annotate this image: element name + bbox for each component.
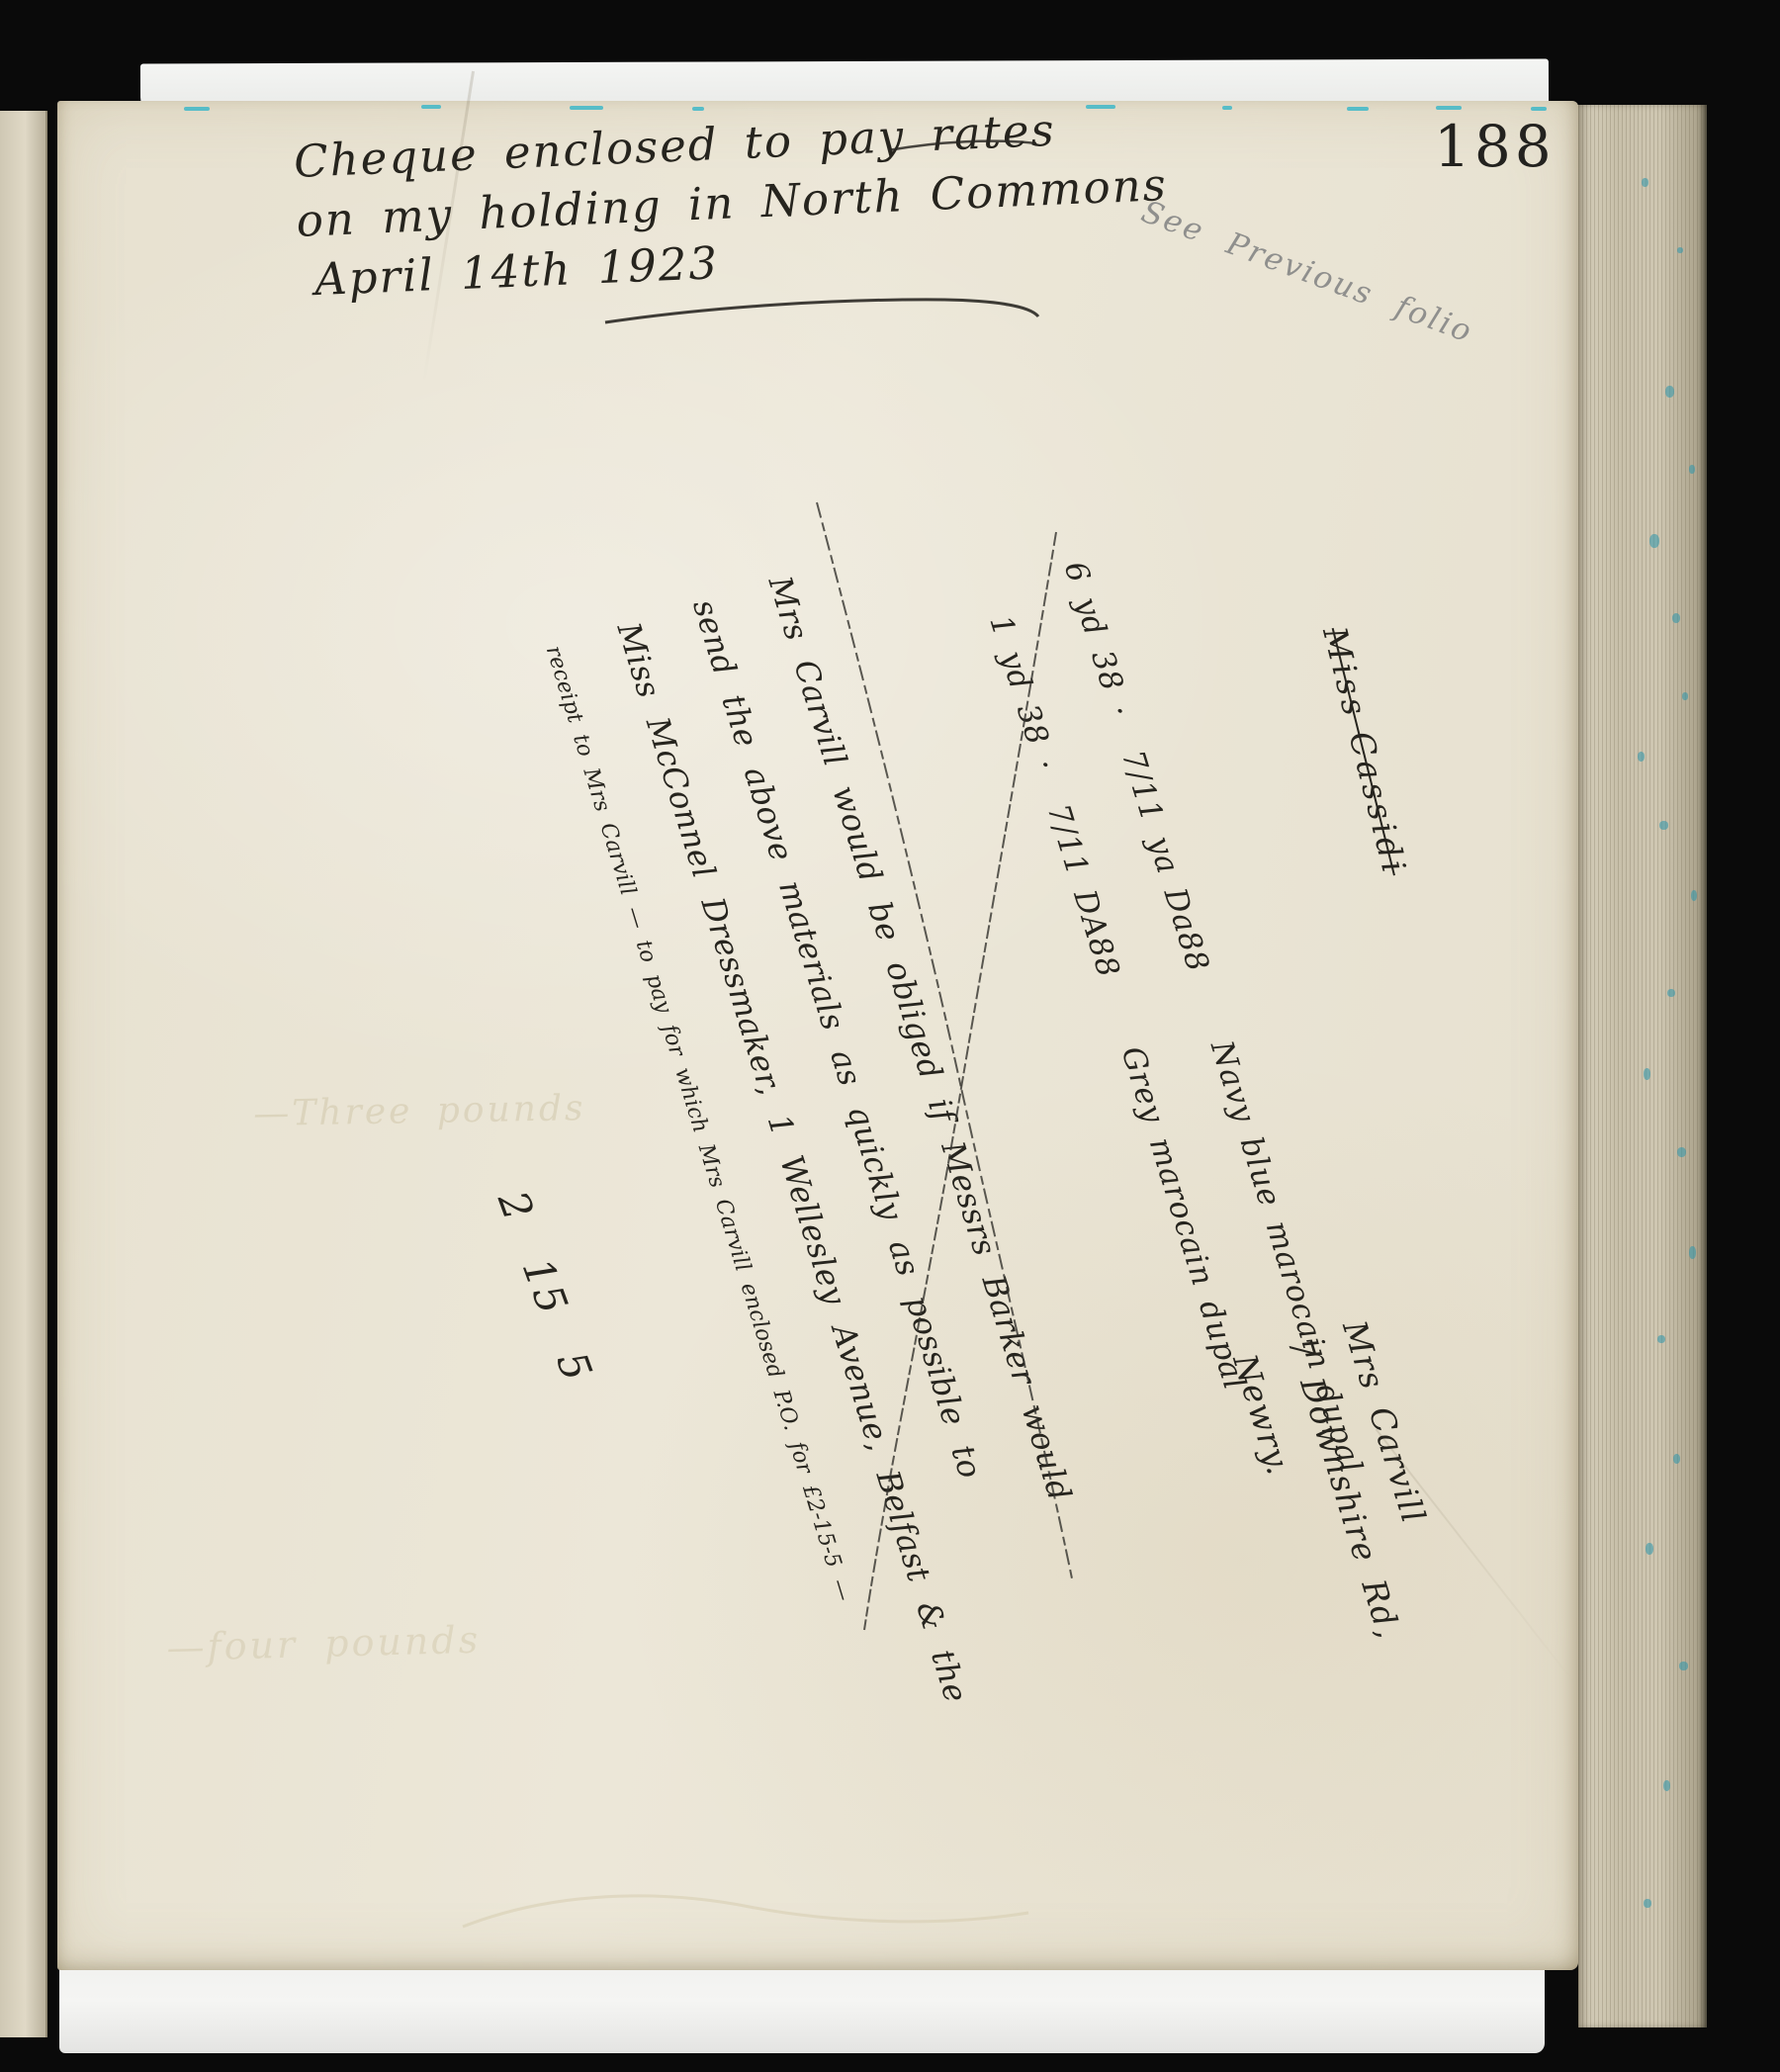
- ink-speck: [1644, 1068, 1650, 1080]
- blue-tick: [570, 106, 603, 110]
- header-note: Cheque enclosed to pay rates on my holdi…: [293, 96, 1171, 311]
- blue-tick: [1531, 107, 1547, 111]
- ink-speck: [1644, 1899, 1651, 1908]
- blue-tick: [1222, 106, 1232, 110]
- book-photo: 188 Cheque enclosed to pay rates on my h…: [0, 0, 1780, 2072]
- ink-speck: [1649, 534, 1659, 548]
- fore-edge-page-stack: [1578, 105, 1707, 2027]
- ink-speck: [1673, 1454, 1680, 1464]
- ink-speck: [1665, 386, 1674, 398]
- ink-speck: [1663, 1780, 1670, 1791]
- ink-speck: [1677, 247, 1683, 253]
- ink-speck: [1691, 890, 1697, 901]
- page-number: 188: [1434, 113, 1556, 180]
- ink-speck: [1672, 613, 1680, 623]
- ink-speck: [1657, 1335, 1665, 1343]
- ink-speck: [1638, 752, 1645, 762]
- ink-speck: [1689, 465, 1695, 474]
- ink-speck: [1667, 989, 1675, 997]
- ink-speck: [1689, 1246, 1696, 1259]
- ink-speck: [1659, 821, 1668, 830]
- ink-speck: [1646, 1543, 1653, 1555]
- blue-tick: [1347, 107, 1369, 111]
- blue-tick: [1436, 106, 1462, 110]
- ink-speck: [1682, 692, 1688, 700]
- blue-tick: [421, 105, 441, 109]
- ghost-text-line: —four pounds: [166, 1618, 482, 1669]
- facing-page-edge: [0, 111, 47, 2037]
- blue-tick: [184, 107, 210, 111]
- ghost-text-line: —Three pounds: [253, 1088, 586, 1134]
- ink-speck: [1642, 178, 1648, 187]
- ink-speck: [1677, 1147, 1686, 1157]
- ink-speck: [1679, 1662, 1688, 1670]
- blue-tick: [692, 107, 704, 111]
